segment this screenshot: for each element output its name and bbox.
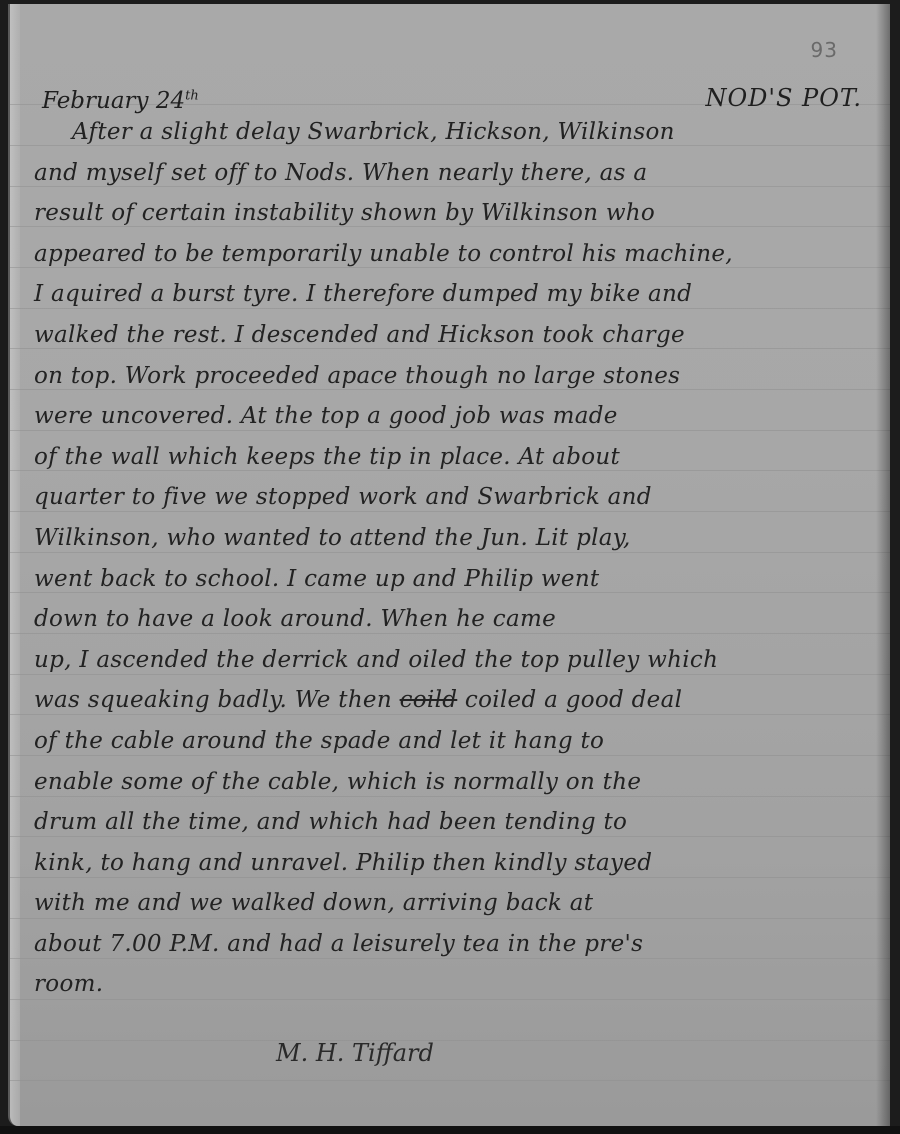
entry-line: drum all the time, and which had been te… — [34, 802, 884, 843]
entry-line: After a slight delay Swarbrick, Hickson,… — [34, 112, 884, 153]
entry-line-text: coiled a good deal — [465, 687, 682, 713]
entry-line: result of certain instability shown by W… — [34, 193, 884, 234]
entry-line: down to have a look around. When he came — [34, 599, 884, 640]
entry-date-suffix: th — [185, 88, 199, 103]
entry-line: up, I ascended the derrick and oiled the… — [34, 640, 884, 681]
page-edge-shadow — [0, 1126, 900, 1134]
entry-line: of the cable around the spade and let it… — [34, 721, 884, 762]
entry-line: enable some of the cable, which is norma… — [34, 762, 884, 803]
entry-line: was squeaking badly. We then coild coile… — [34, 680, 884, 721]
struck-out-word: coild — [400, 687, 458, 713]
entry-line: walked the rest. I descended and Hickson… — [34, 315, 884, 356]
signature: M. H. Tiffard — [276, 1039, 434, 1067]
entry-line: kink, to hang and unravel. Philip then k… — [34, 843, 884, 884]
entry-line: were uncovered. At the top a good job wa… — [34, 396, 884, 437]
page-number: 93 — [811, 38, 838, 62]
entry-line: about 7.00 P.M. and had a leisurely tea … — [34, 924, 884, 965]
entry-date: February 24th — [42, 88, 199, 114]
ruled-line — [10, 1040, 890, 1041]
entry-line-text: was squeaking badly. We then — [34, 687, 392, 713]
entry-line: room. — [34, 964, 884, 1005]
entry-line: on top. Work proceeded apace though no l… — [34, 356, 884, 397]
ruled-line — [10, 1080, 890, 1081]
entry-date-text: February 24 — [42, 88, 185, 114]
entry-line: appeared to be temporarily unable to con… — [34, 234, 884, 275]
entry-line: Wilkinson, who wanted to attend the Jun.… — [34, 518, 884, 559]
entry-line: with me and we walked down, arriving bac… — [34, 883, 884, 924]
entry-location: NOD'S POT. — [705, 84, 862, 112]
entry-line: I aquired a burst tyre. I therefore dump… — [34, 274, 884, 315]
entry-line: went back to school. I came up and Phili… — [34, 559, 884, 600]
entry-body: After a slight delay Swarbrick, Hickson,… — [34, 112, 884, 1005]
entry-line: quarter to five we stopped work and Swar… — [34, 477, 884, 518]
notebook-page: 93 February 24th NOD'S POT. After a slig… — [8, 4, 890, 1126]
entry-line: and myself set off to Nods. When nearly … — [34, 153, 884, 194]
scanned-notebook-page: 93 February 24th NOD'S POT. After a slig… — [0, 0, 900, 1134]
entry-line: of the wall which keeps the tip in place… — [34, 437, 884, 478]
